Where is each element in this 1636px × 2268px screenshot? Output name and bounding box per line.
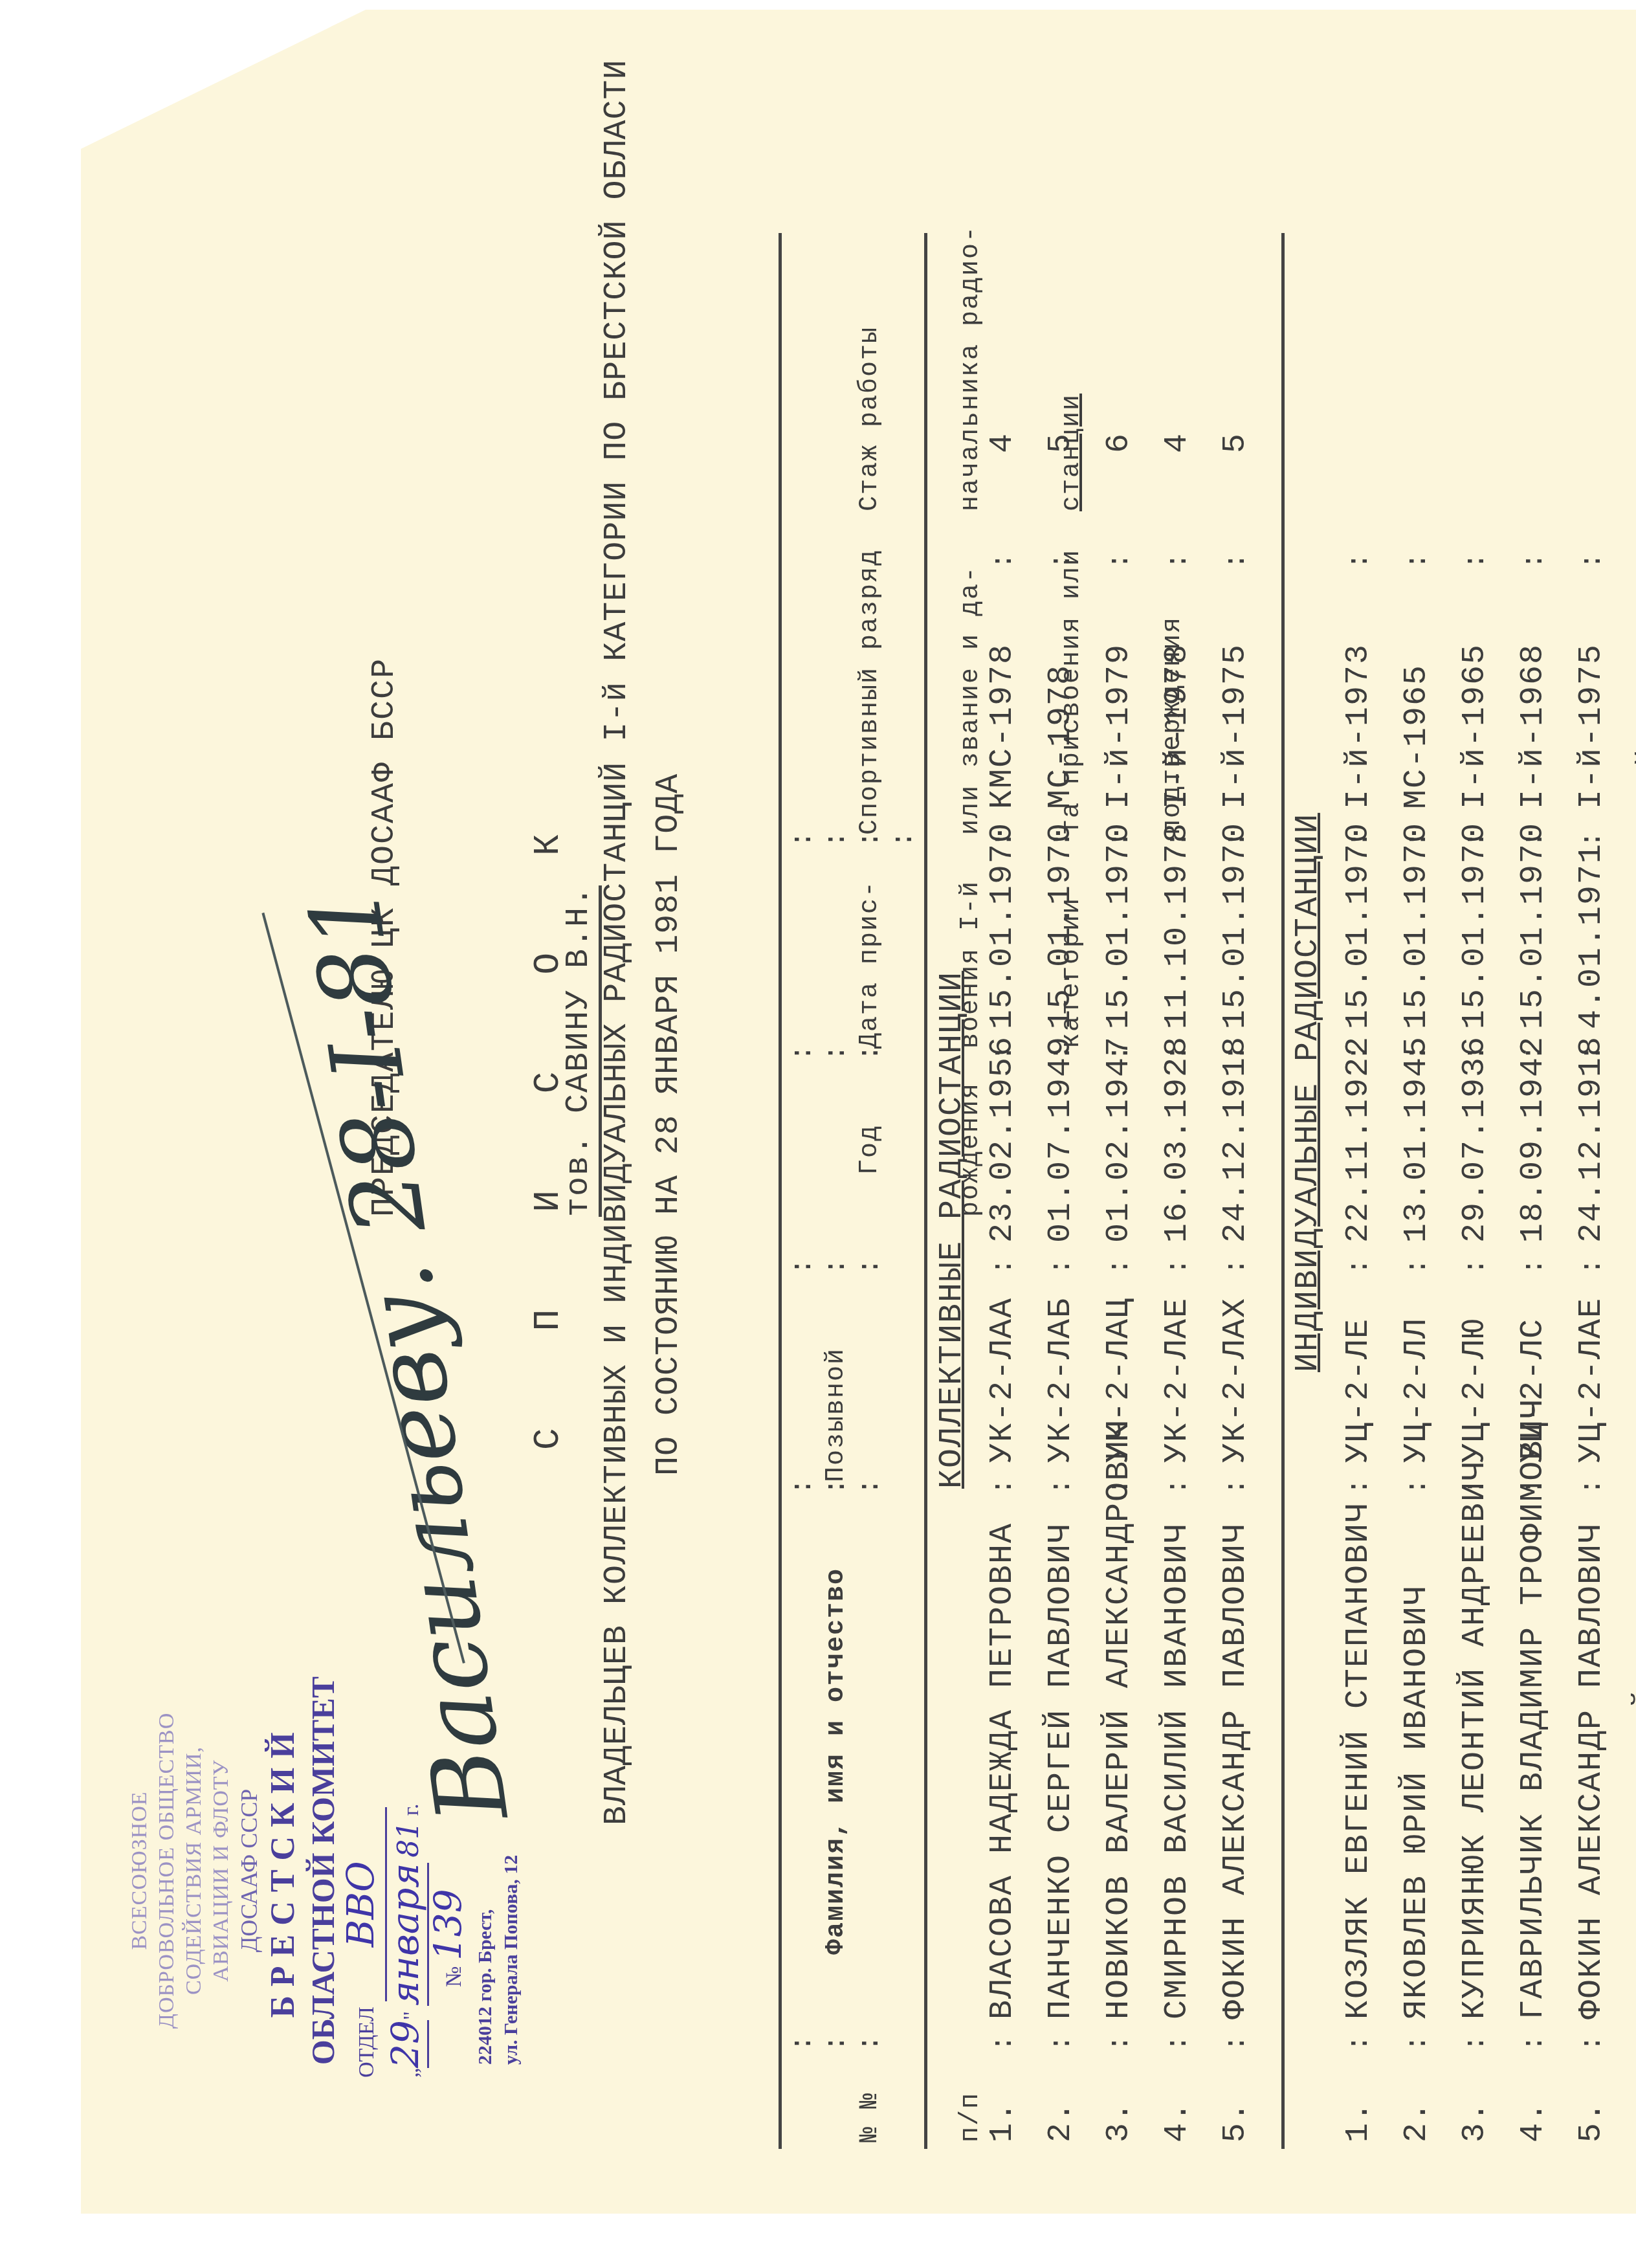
table-top-rule	[779, 233, 782, 2149]
column-separator: :	[1402, 1257, 1434, 1275]
column-separator: :	[1576, 830, 1609, 848]
cell-name: ЯКОВЛЕВ ЮРИЙ ИВАНОВИЧ	[1398, 1584, 1437, 2019]
cell-callsign: УК-2-ЛАЕ	[1158, 1297, 1197, 1463]
stamp-committee-line1: БРЕСТСКИЙ	[263, 1638, 304, 2104]
column-separator: :	[1518, 551, 1551, 570]
column-separator: :	[1343, 2034, 1376, 2052]
document-title-line2: ПО СОСТОЯНИЮ НА 28 ЯНВАРЯ 1981 ГОДА	[650, 773, 687, 1476]
cell-num: 3.	[1456, 2101, 1495, 2142]
document-title-line1: ВЛАДЕЛЬЦЕВ КОЛЛЕКТИВНЫХ И ИНДИВИДУАЛЬНЫХ…	[599, 60, 636, 1825]
column-separator: :	[1046, 1043, 1078, 1062]
cell-callsign: УК-2-ЛАХ	[1217, 1297, 1255, 1463]
cell-category-date: 15.01.1970	[984, 822, 1022, 1029]
column-separator: :	[1576, 2034, 1609, 2052]
radio-station-table: № № п/п ::: Фамилия, имя и отчество ::: …	[767, 233, 1163, 2149]
stamp-org-line: ДОСААФ СССР	[235, 1638, 263, 2104]
cell-name: КОЗЛЯК ЕВГЕНИЙ СТЕПАНОВИЧ	[1340, 1502, 1378, 2019]
column-separator: :	[1343, 1257, 1376, 1275]
cell-birth-date: 01.07.1949	[1042, 1036, 1081, 1243]
column-separator: :	[1104, 830, 1136, 848]
cell-sport-rank: МС-1965	[1398, 664, 1437, 809]
cell-callsign: УЦ-2-ЛЛ	[1398, 1318, 1437, 1463]
cell-birth-date: 24.12.1918	[1573, 1036, 1611, 1243]
column-separator: :	[1576, 1477, 1609, 1495]
column-separator: :	[1221, 1257, 1253, 1275]
cell-num: 2.	[1042, 2101, 1081, 2142]
cell-num: 5.	[1217, 2101, 1255, 2142]
cell-category-date: 15.01.1970	[1398, 822, 1437, 1029]
column-separator: :	[1221, 2034, 1253, 2052]
cell-callsign: УК-2-ЛАЦ	[1100, 1297, 1139, 1463]
column-separator: :	[1343, 1477, 1376, 1495]
stamp-dept-row: ОТДЕЛ ВВО	[342, 1638, 387, 2104]
cell-birth-date: 24.12.1918	[1217, 1036, 1255, 1243]
column-separator: :	[1402, 830, 1434, 848]
section-title-collective: КОЛЛЕКТИВНЫЕ РАДИОСТАНЦИИ	[934, 971, 971, 1489]
column-separator: :	[1576, 1043, 1609, 1062]
column-separator: :	[1104, 1257, 1136, 1275]
column-separator: :	[1104, 551, 1136, 570]
column-separator: :	[1343, 1043, 1376, 1062]
stamp-dept-value: ВВО	[338, 1861, 382, 1947]
cell-sport-rank: МС-1978	[1042, 664, 1081, 809]
stamp-org-line: АВИАЦИИ И ФЛОТУ	[208, 1638, 235, 2104]
cell-callsign: УЦ-2-ЛС	[1514, 1318, 1553, 1463]
stamp-date-day: 29	[383, 2020, 429, 2068]
section-title-individual: ИНДИВИДУАЛЬНЫЕ РАДИОСТАНЦИИ	[1290, 813, 1327, 1372]
column-separator: :	[1221, 1043, 1253, 1062]
column-separator: :	[1402, 551, 1434, 570]
column-separator: :	[988, 1043, 1020, 1062]
cell-birth-date: 23.02.1956	[984, 1036, 1022, 1243]
cell-birth-date: 16.03.1928	[1158, 1036, 1197, 1243]
document-page: ВСЕСОЮЗНОЕ ДОБРОВОЛЬНОЕ ОБЩЕСТВО СОДЕЙСТ…	[81, 10, 1636, 2214]
cell-callsign: УЦ-2-ЛЮ	[1456, 1318, 1495, 1463]
column-separator: :	[1518, 1477, 1551, 1495]
cell-sport-rank: I-й-1973	[1340, 643, 1378, 809]
cell-tenure: 6	[1100, 432, 1139, 453]
cell-tenure: 5	[1217, 432, 1255, 453]
column-separator: :	[1162, 551, 1195, 570]
column-separator: :	[1576, 551, 1609, 570]
cell-num: 1.	[984, 2101, 1022, 2142]
column-separator: :	[1046, 2034, 1078, 2052]
document-heading: СПИСОК	[527, 737, 569, 1450]
cell-name: НОВИКОВ ВАЛЕРИЙ АЛЕКСАНДРОВИЧ	[1100, 1419, 1139, 2019]
column-separator: :	[1402, 1043, 1434, 1062]
cell-category-date: 15.01.1970	[1456, 822, 1495, 1029]
cell-tenure: 4	[984, 432, 1022, 453]
column-separator: :	[1104, 1477, 1136, 1495]
header-tenure: Стаж работы начальника радио- станции	[786, 225, 1156, 511]
column-separator: :	[1046, 551, 1078, 570]
column-separator: :	[988, 1477, 1020, 1495]
column-separator: :	[988, 1257, 1020, 1275]
stamp-org-line: ВСЕСОЮЗНОЕ	[126, 1638, 153, 2104]
cell-callsign: УЦ-2-ЛАЕ	[1573, 1297, 1611, 1463]
header-bottom-rule	[924, 233, 927, 2149]
column-separator: :	[1104, 1043, 1136, 1062]
stamp-number-value: 139	[426, 1889, 470, 1961]
cell-callsign: УЦ-2-ЛАГ	[1631, 1297, 1636, 1463]
column-separator: :	[1104, 2034, 1136, 2052]
cell-num: 4.	[1158, 2101, 1197, 2142]
cell-callsign: УК-2-ЛАА	[984, 1297, 1022, 1463]
cell-category-date: 15.01.1970	[1100, 822, 1139, 1029]
stamp-org-line: ДОБРОВОЛЬНОЕ ОБЩЕСТВО	[153, 1638, 181, 2104]
column-separator: :	[1460, 1043, 1492, 1062]
column-separator: :	[1460, 2034, 1492, 2052]
column-separator: :	[1046, 830, 1078, 848]
column-separator: :	[1518, 830, 1551, 848]
column-separator: :	[1343, 551, 1376, 570]
column-separator: :	[1460, 830, 1492, 848]
column-separator: :	[988, 830, 1020, 848]
cell-category-date: 4.01.1971	[1573, 843, 1611, 1029]
column-separator: :	[1046, 1257, 1078, 1275]
stamp-org-line: СОДЕЙСТВИЯ АРМИИ,	[181, 1638, 208, 2104]
column-separator: :	[988, 2034, 1020, 2052]
column-separator: :	[1518, 1257, 1551, 1275]
column-separator: :	[988, 551, 1020, 570]
cell-tenure: 5	[1042, 432, 1081, 453]
cell-birth-date: 13.01.1945	[1398, 1036, 1437, 1243]
column-separator: :	[1460, 551, 1492, 570]
column-separator: :	[1046, 1477, 1078, 1495]
cell-sport-rank: I-й-1965	[1456, 643, 1495, 809]
column-separator: :	[1518, 2034, 1551, 2052]
column-separator: :	[1576, 1257, 1609, 1275]
cell-name: СМИРНОВ ВАСИЛИЙ ИВАНОВИЧ	[1158, 1522, 1197, 2019]
cell-sport-rank: I-й-1978	[1158, 643, 1197, 809]
cell-num: 3.	[1100, 2101, 1139, 2142]
cell-callsign: УЦ-2-ЛЕ	[1340, 1318, 1378, 1463]
cell-birth-date: 29.07.1936	[1456, 1036, 1495, 1243]
column-separator: :	[1402, 1477, 1434, 1495]
stamp-number-label: №	[442, 1966, 466, 1987]
cell-name: ФОКИН АЛЕКСАНДР ПАВЛОВИЧ	[1573, 1522, 1611, 2019]
cell-name: КУПРИЯНЮК ЛЕОНТИЙ АНДРЕЕВИЧ	[1456, 1460, 1495, 2019]
column-separator: :	[1460, 1257, 1492, 1275]
cell-birth-date: 01.02.1947	[1100, 1036, 1139, 1243]
column-separator: :	[1221, 830, 1253, 848]
cell-callsign: УК-2-ЛАБ	[1042, 1297, 1081, 1463]
cell-birth-date: 20.04.1948	[1631, 1036, 1636, 1243]
cell-num: 2.	[1398, 2101, 1437, 2142]
column-separator: :	[1460, 1477, 1492, 1495]
cell-num: 6.	[1631, 2101, 1636, 2142]
column-separator: :	[1162, 1043, 1195, 1062]
cell-birth-date: 18.09.1942	[1514, 1036, 1553, 1243]
cell-name: ВЛАСОВА НАДЕЖДА ПЕТРОВНА	[984, 1522, 1022, 2019]
cell-sport-rank: I-й-1975	[1573, 643, 1611, 809]
cell-sport-rank: I-й-1968	[1514, 643, 1553, 809]
cell-num: 5.	[1573, 2101, 1611, 2142]
cell-category-date: 15.01.1970	[1217, 822, 1255, 1029]
cell-sport-rank: I-й-1979	[1100, 643, 1139, 809]
cell-num: 4.	[1514, 2101, 1553, 2142]
header-callsign: Позывной	[820, 1348, 854, 1482]
stamp-committee-line2: ОБЛАСТНОЙ КОМИТЕТ	[304, 1638, 342, 2104]
cell-category-date: 15.01.1970	[1042, 822, 1081, 1029]
column-separator: :	[1162, 1257, 1195, 1275]
column-separator: :	[1402, 2034, 1434, 2052]
cell-category-date: 11.10.1978	[1158, 822, 1197, 1029]
column-separator: :	[1162, 830, 1195, 848]
cell-category-date: 3.08.1971	[1631, 843, 1636, 1029]
column-separator: :	[1162, 1477, 1195, 1495]
cell-category-date: 15.01.1970	[1340, 822, 1378, 1029]
column-separator: :	[1221, 1477, 1253, 1495]
cell-name: ПАНЧЕНКО СЕРГЕЙ ПАВЛОВИЧ	[1042, 1522, 1081, 2019]
cell-sport-rank: I-й-1963	[1631, 643, 1636, 809]
cell-num: 1.	[1340, 2101, 1378, 2142]
cell-birth-date: 22.11.1922	[1340, 1036, 1378, 1243]
cell-sport-rank: I-й-1975	[1217, 643, 1255, 809]
cell-name: ПАЛАГУТА НИКОЛАЙ ЮРЬЕВИЧ	[1631, 1522, 1636, 2019]
stamp-date-month: января	[383, 1863, 429, 2005]
cell-sport-rank: КМС-1978	[984, 643, 1022, 809]
header-name: Фамилия, имя и отчество	[820, 1568, 854, 1955]
column-separator: :	[1221, 551, 1253, 570]
cell-category-date: 15.01.1970	[1514, 822, 1553, 1029]
column-separator: :	[1343, 830, 1376, 848]
cell-name: ФОКИН АЛЕКСАНДР ПАВЛОВИЧ	[1217, 1522, 1255, 2019]
column-separator: :	[1518, 1043, 1551, 1062]
section-divider	[1281, 233, 1285, 2149]
column-separator: :	[1162, 2034, 1195, 2052]
stamp-dept-label: ОТДЕЛ	[355, 2007, 379, 2078]
cell-tenure: 4	[1158, 432, 1197, 453]
